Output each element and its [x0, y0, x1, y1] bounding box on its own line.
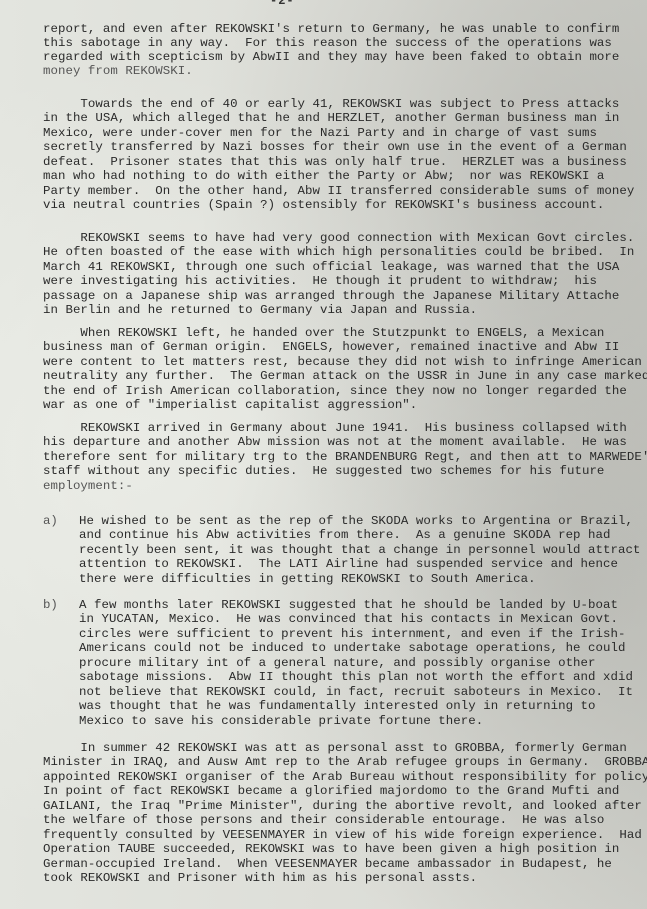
text-line: Americans could not be induced to undert…: [79, 641, 625, 655]
text-line: this sabotage in any way. For this reaso…: [43, 36, 612, 50]
text-line: procure military int of a general nature…: [79, 656, 596, 670]
text-line: money from REKOWSKI.: [43, 64, 193, 78]
text-line: He wished to be sent as the rep of the S…: [79, 514, 633, 528]
text-line: A few months later REKOWSKI suggested th…: [79, 598, 618, 612]
text-line: his departure and another Abw mission wa…: [43, 435, 627, 449]
text-line: neutrality any further. The German attac…: [43, 369, 647, 383]
text-line: Towards the end of 40 or early 41, REKOW…: [43, 97, 619, 111]
text-line: business man of German origin. ENGELS, h…: [43, 340, 619, 354]
text-line: In summer 42 REKOWSKI was att as persona…: [43, 741, 627, 755]
text-line: employment:-: [43, 479, 133, 493]
text-line: regarded with scepticism by AbwII and th…: [43, 50, 619, 64]
text-line: sabotage missions. Abw II thought this p…: [79, 670, 633, 684]
text-line: took REKOWSKI and Prisoner with him as h…: [43, 871, 477, 885]
text-line: the end of Irish American collaboration,…: [43, 384, 627, 398]
text-line: March 41 REKOWSKI, through one such offi…: [43, 260, 619, 274]
text-line: was thought that he was fundamentally in…: [79, 699, 596, 713]
text-line: were content to let matters rest, becaus…: [43, 355, 642, 369]
list-label: b): [43, 598, 58, 612]
text-line: were investigating his activities. He th…: [43, 274, 597, 288]
text-line: Minister in IRAQ, and Ausw Amt rep to th…: [43, 755, 647, 769]
text-line: Mexico to save his considerable private …: [79, 714, 483, 728]
text-line: man who had nothing to do with either th…: [43, 169, 604, 183]
text-line: When REKOWSKI left, he handed over the S…: [43, 326, 604, 340]
text-line: Mexico, were under-cover men for the Naz…: [43, 126, 597, 140]
text-line: frequently consulted by VEESENMAYER in v…: [43, 828, 642, 842]
text-line: the welfare of those persons and their c…: [43, 813, 604, 827]
text-line: report, and even after REKOWSKI's return…: [43, 22, 619, 36]
text-line: war as one of "imperialist capitalist ag…: [43, 398, 417, 412]
text-line: REKOWSKI arrived in Germany about June 1…: [43, 421, 627, 435]
document-page: -2- report, and even after REKOWSKI's re…: [0, 0, 647, 909]
text-line: attention to REKOWSKI. The LATI Airline …: [79, 557, 618, 571]
text-line: via neutral countries (Spain ?) ostensib…: [43, 198, 604, 212]
text-line: in Berlin and he returned to Germany via…: [43, 303, 477, 317]
text-line: staff without any specific duties. He su…: [43, 464, 604, 478]
text-line: and continue his Abw activities from the…: [79, 528, 610, 542]
text-line: in YUCATAN, Mexico. He was convinced tha…: [79, 612, 618, 626]
text-line: in the USA, which alleged that he and HE…: [43, 111, 619, 125]
text-line: REKOWSKI seems to have had very good con…: [43, 231, 634, 245]
text-line: there were difficulties in getting REKOW…: [79, 572, 536, 586]
text-line: Operation TAUBE succeeded, REKOWSKI was …: [43, 842, 619, 856]
text-line: GAILANI, the Iraq "Prime Minister", duri…: [43, 799, 642, 813]
text-line: recently been sent, it was thought that …: [79, 543, 640, 557]
text-line: not believe that REKOWSKI could, in fact…: [79, 685, 633, 699]
text-line: In point of fact REKOWSKI became a glori…: [43, 784, 619, 798]
text-line: defeat. Prisoner states that this was on…: [43, 155, 627, 169]
text-line: therefore sent for military trg to the B…: [43, 450, 647, 464]
text-line: secretly transferred by Nazi bosses for …: [43, 140, 627, 154]
page-number: -2-: [270, 0, 295, 8]
text-line: German-occupied Ireland. When VEESENMAYE…: [43, 857, 612, 871]
text-line: passage on a Japanese ship was arranged …: [43, 289, 619, 303]
text-line: Party member. On the other hand, Abw II …: [43, 184, 634, 198]
text-line: He often boasted of the ease with which …: [43, 245, 634, 259]
text-line: circles were sufficient to prevent his i…: [79, 627, 625, 641]
list-label: a): [43, 514, 58, 528]
text-line: appointed REKOWSKI organiser of the Arab…: [43, 770, 647, 784]
